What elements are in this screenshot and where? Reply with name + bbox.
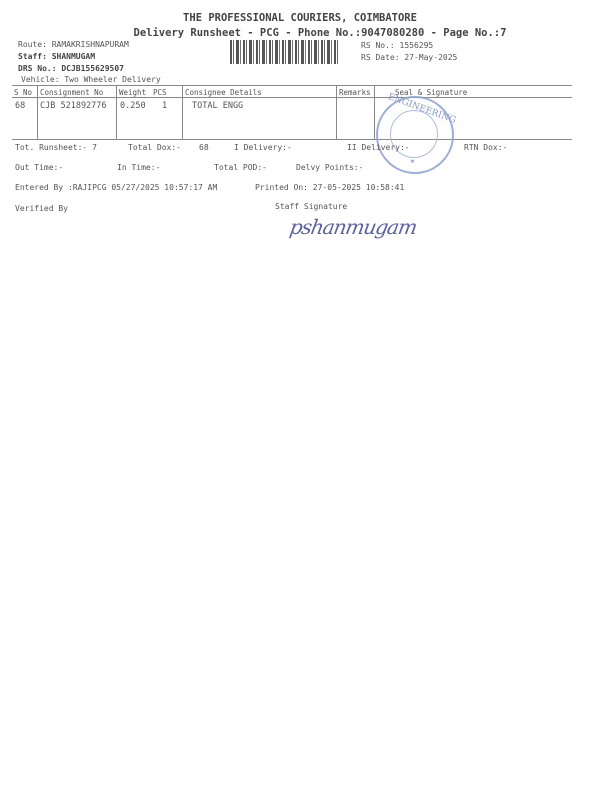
vehicle-label: Vehicle: Two Wheeler Delivery: [21, 75, 161, 84]
out-time: Out Time:-: [15, 163, 63, 172]
col-divider: [37, 85, 38, 139]
col-divider: [116, 85, 117, 139]
company-seal-stamp: ENGINEERING ★: [376, 96, 454, 174]
in-time: In Time:-: [117, 163, 160, 172]
table-bottom-border: [12, 139, 572, 140]
runsheet-subtitle: Delivery Runsheet - PCG - Phone No.:9047…: [0, 27, 600, 39]
header-weight: Weight: [119, 88, 146, 97]
header-consignment-no: Consignment No: [40, 88, 103, 97]
tot-runsheet: Tot. Runsheet:- 7: [15, 143, 97, 152]
verified-by: Verified By: [15, 204, 68, 213]
header-s-no: S No: [14, 88, 32, 97]
table-top-border: [12, 85, 572, 86]
row-weight: 0.250: [120, 101, 146, 111]
printed-on: Printed On: 27-05-2025 10:58:41: [255, 183, 404, 192]
handwritten-signature: pshanmugam: [288, 215, 419, 239]
star-icon: ★: [410, 156, 415, 165]
total-dox-label: Total Dox:-: [128, 143, 181, 152]
total-dox-value: 68: [199, 143, 209, 152]
ii-delivery: II Delivery:-: [347, 143, 410, 152]
col-divider: [336, 85, 337, 139]
table-header-border: [12, 97, 572, 98]
row-s-no: 68: [15, 101, 25, 111]
rs-date: RS Date: 27-May-2025: [361, 53, 457, 62]
staff-signature-label: Staff Signature: [275, 202, 347, 211]
col-divider: [182, 85, 183, 139]
staff-label: Staff: SHANMUGAM: [18, 52, 95, 61]
row-consignee: TOTAL ENGG: [192, 101, 243, 111]
total-pod: Total POD:-: [214, 163, 267, 172]
delvy-points: Delvy Points:-: [296, 163, 363, 172]
company-title: THE PROFESSIONAL COURIERS, COIMBATORE: [0, 12, 600, 24]
header-consignee-details: Consignee Details: [185, 88, 262, 97]
entered-by: Entered By :RAJIPCG 05/27/2025 10:57:17 …: [15, 183, 217, 192]
rs-number: RS No.: 1556295: [361, 41, 433, 50]
barcode-image: [230, 40, 340, 64]
header-remarks: Remarks: [339, 88, 371, 97]
row-pcs: 1: [162, 101, 167, 111]
i-delivery: I Delivery:-: [234, 143, 292, 152]
drs-number: DRS No.: DCJB155629507: [18, 64, 124, 73]
col-divider: [374, 85, 375, 139]
header-pcs: PCS: [153, 88, 167, 97]
route-label: Route: RAMAKRISHNAPURAM: [18, 40, 129, 49]
rtn-dox: RTN Dox:-: [464, 143, 507, 152]
row-consignment-no: CJB 521892776: [40, 101, 107, 111]
header-seal-signature: Seal & Signature: [395, 88, 467, 97]
